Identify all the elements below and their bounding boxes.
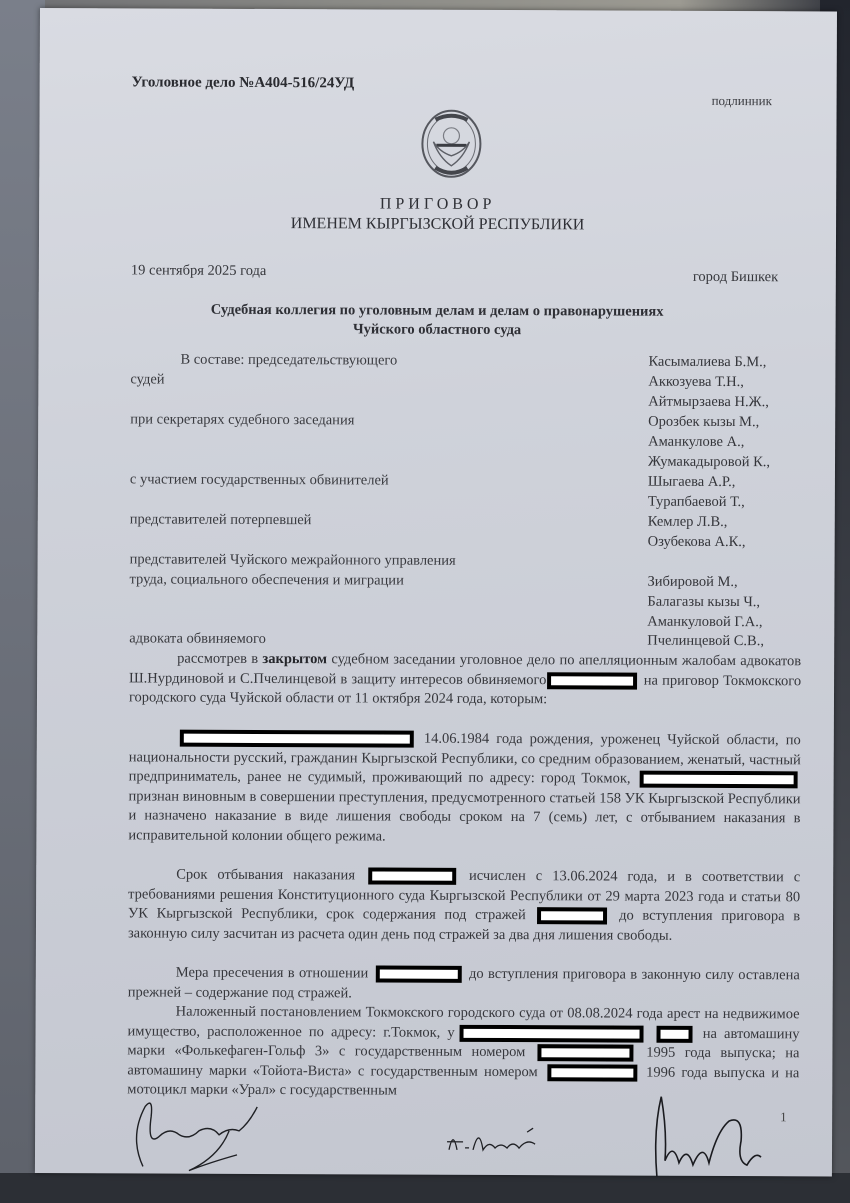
composition-label-victim-reps: представителей потерпевшей [130, 511, 312, 529]
text-run: рассмотрев в [177, 651, 262, 667]
signature-icon [443, 1120, 553, 1160]
redaction-box [657, 1025, 693, 1042]
document-subtitle: ИМЕНЕМ КЫРГЫЗСКОЙ РЕСПУБЛИКИ [39, 214, 836, 235]
document-page: Уголовное дело №А404-516/24УД подлинник … [35, 8, 837, 1176]
composition-label-labor-dept-1: представителей Чуйского межрайонного упр… [130, 551, 456, 569]
composition-name: Балагазы кызы Ч., [647, 594, 760, 611]
court-name-line-1: Судебная коллегия по уголовным делам и д… [39, 301, 836, 321]
composition-label-defense: адвоката обвиняемого [129, 630, 266, 648]
composition-name: Пчелинцевой С.В., [647, 633, 764, 651]
paragraph-sentence-term: Срок отбывания наказания исчислен с 13.0… [128, 865, 800, 946]
paragraph-preventive-measure: Мера пресечения в отношении до вступлени… [128, 963, 800, 1005]
composition-name: Кемлер Л.В., [648, 514, 728, 531]
redaction-box [538, 1044, 634, 1061]
redaction-box [547, 672, 637, 689]
text-run: Срок отбывания наказания [176, 867, 355, 884]
case-number: Уголовное дело №А404-516/24УД [132, 74, 355, 92]
court-name-line-2: Чуйского областного суда [39, 320, 836, 340]
composition-name: Зибировой М., [647, 574, 737, 591]
signature-icon [119, 1096, 279, 1177]
composition-name: Жумакадыровой К., [648, 454, 770, 472]
composition-name: Касымалиева Б.М., [648, 354, 766, 372]
composition-name: Шыгаева А.Р., [648, 474, 736, 491]
text-run: Мера пресечения в отношении [176, 965, 369, 982]
redaction-box [376, 966, 462, 983]
composition-label-secretaries: при секретарях судебного заседания [130, 411, 354, 429]
composition-label-labor-dept-2: труда, социального обеспечения и миграци… [129, 571, 403, 589]
redaction-box [537, 907, 607, 924]
page-number: 1 [780, 1109, 787, 1125]
redaction-box [547, 1064, 637, 1081]
composition-label-judges: судей [130, 371, 164, 388]
composition-name: Озубекова А.К., [648, 534, 746, 551]
original-mark: подлинник [712, 93, 772, 109]
closed-session-emphasis: закрытом [262, 651, 327, 667]
redaction-box [460, 1025, 644, 1043]
paragraph-property-arrest: Наложенный постановлением Токмокского го… [127, 1002, 799, 1102]
composition-name: Турапбаевой Т., [648, 494, 745, 511]
composition-name: Айтмырзаева Н.Ж., [648, 394, 769, 412]
paragraph-defendant: 14.06.1984 года рождения, уроженец Чуйск… [128, 728, 801, 848]
redaction-box [180, 730, 414, 748]
document-date: 19 сентября 2025 года [131, 262, 267, 280]
composition-label-prosecutors: с участием государственных обвинителей [130, 471, 389, 489]
composition-name: Аккозуева Т.Н., [648, 374, 744, 391]
composition-name: Орозбек кызы М., [648, 414, 759, 431]
text-run: признан виновным в совершении преступлен… [128, 788, 800, 844]
composition-name: Аманкулове А., [648, 434, 744, 451]
signature-icon [643, 1091, 783, 1182]
document-title: ПРИГОВОР [39, 194, 836, 215]
redaction-box [368, 868, 456, 885]
composition-name: Аманкуловой Г.А., [647, 614, 762, 632]
document-city: город Бишкек [693, 269, 778, 286]
paragraph-appeal: рассмотрев в закрытом судебном заседании… [129, 649, 801, 710]
kyrgyz-emblem-icon [419, 108, 483, 180]
redaction-box [640, 771, 798, 789]
composition-label-presiding: В составе: председательствующего [180, 352, 397, 370]
